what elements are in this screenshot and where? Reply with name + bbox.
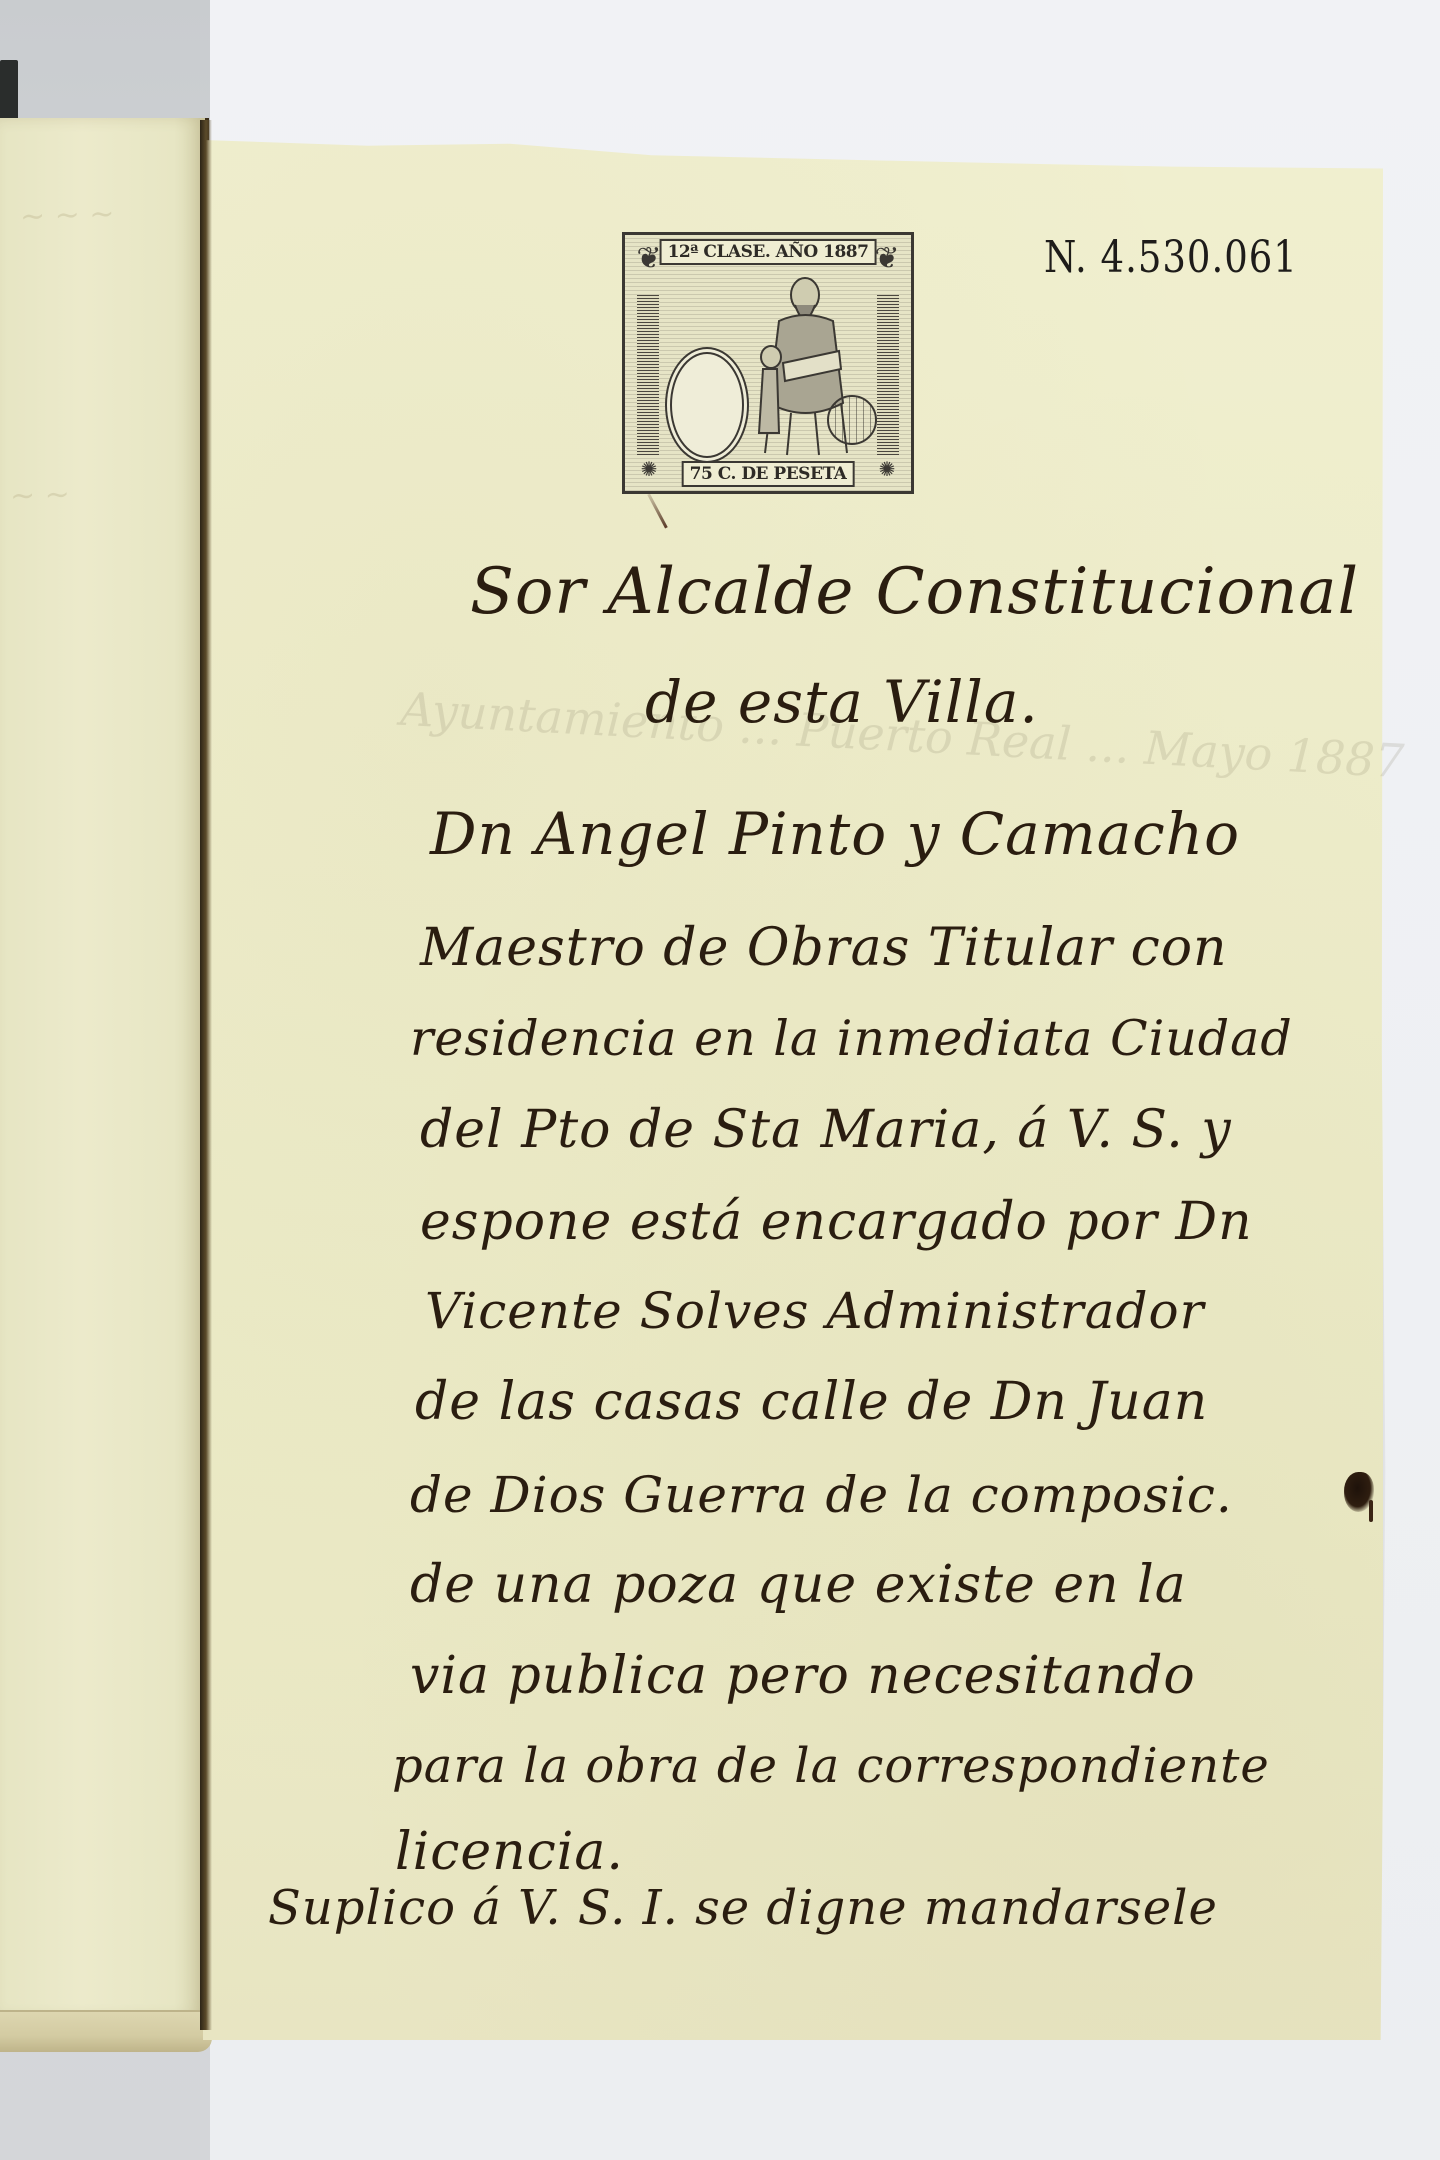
stamp-value-label: 75 C. DE PESETA xyxy=(682,461,855,487)
body-line: Suplico á V. S. I. se digne mandarsele xyxy=(268,1880,1218,1936)
ink-drip xyxy=(1369,1500,1373,1522)
body-line: del Pto de Sta Maria, á V. S. y xyxy=(420,1100,1232,1160)
binding-strap xyxy=(0,60,18,120)
body-line: Maestro de Obras Titular con xyxy=(420,918,1228,978)
globe-icon xyxy=(827,395,877,445)
book-gutter xyxy=(200,120,212,2030)
body-line: espone está encargado por Dn xyxy=(420,1192,1253,1252)
stamp-column xyxy=(637,295,659,455)
body-line: de las casas calle de Dn Juan xyxy=(415,1372,1208,1432)
serial-number: N. 4.530.061 xyxy=(1044,232,1298,283)
body-line: licencia. xyxy=(395,1822,624,1882)
left-page-edge xyxy=(0,2010,212,2052)
revenue-stamp: ❦ ❦ ✺ ✺ 12ª CLASE. AÑO 1887 75 C. DE PES… xyxy=(622,232,914,494)
left-page-bleed-text: ~ ~ ~ xyxy=(19,196,115,234)
address-line: de esta Villa. xyxy=(645,668,1039,736)
body-line: Vicente Solves Administrador xyxy=(425,1282,1205,1340)
left-page-bleed-text: ~ ~ xyxy=(9,477,70,514)
body-line: Dn Angel Pinto y Camacho xyxy=(430,800,1240,868)
body-line: residencia en la inmediata Ciudad xyxy=(410,1010,1293,1067)
stamp-column xyxy=(877,295,899,455)
address-line: Sor Alcalde Constitucional xyxy=(470,555,1359,629)
body-line: via publica pero necesitando xyxy=(410,1646,1196,1706)
stamp-blank-oval xyxy=(665,347,749,463)
body-line: de Dios Guerra de la composic. xyxy=(410,1466,1233,1524)
left-page: ~ ~ ~ ~ ~ xyxy=(0,118,209,2018)
body-line: para la obra de la correspondiente xyxy=(392,1738,1270,1794)
body-line: de una poza que existe en la xyxy=(410,1555,1187,1615)
stamp-class-year-label: 12ª CLASE. AÑO 1887 xyxy=(660,239,877,265)
